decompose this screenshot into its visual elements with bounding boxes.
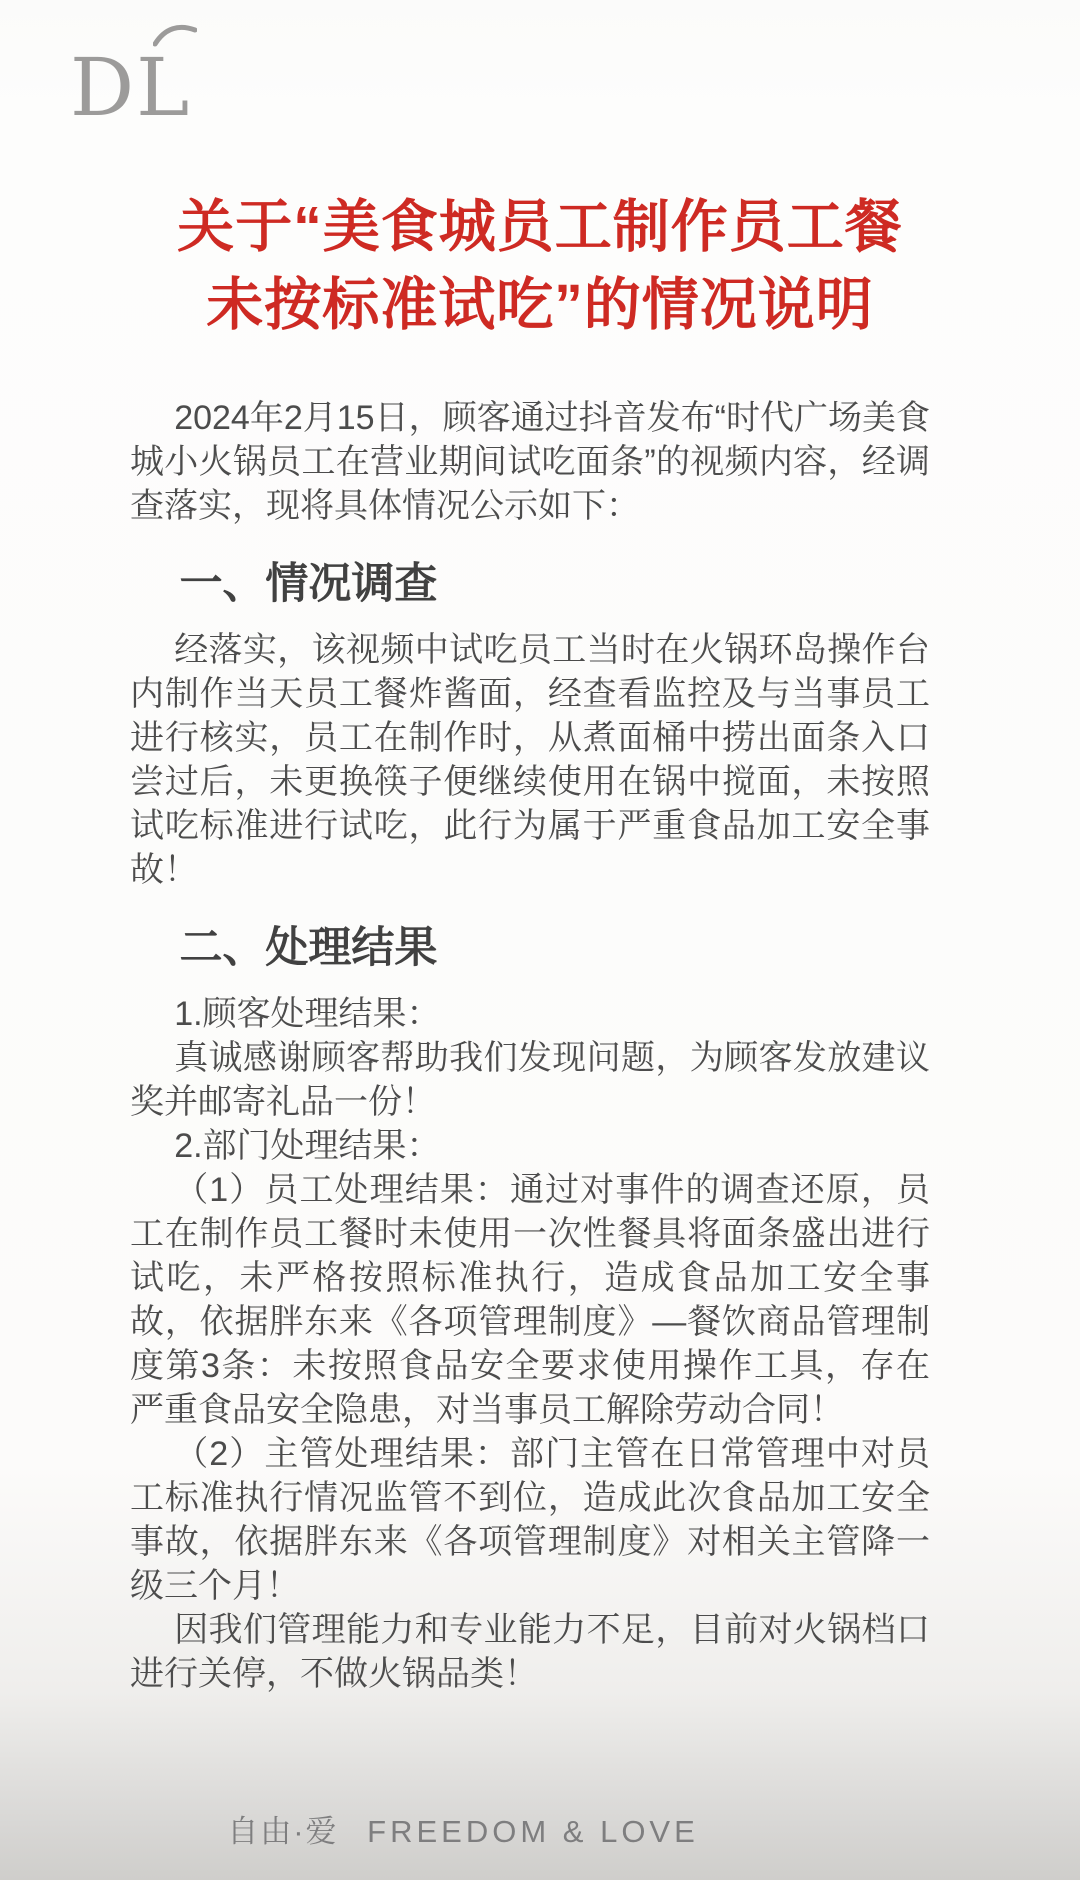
section2-paragraph-department-label: 2.部门处理结果： bbox=[130, 1124, 930, 1168]
section2-paragraph-customer-result: 真诚感谢顾客帮助我们发现问题，为顾客发放建议奖并邮寄礼品一份！ bbox=[130, 1036, 930, 1124]
intro-paragraph: 2024年2月15日，顾客通过抖音发布“时代广场美食城小火锅员工在营业期间试吃面… bbox=[130, 396, 930, 528]
section2-paragraph-closure: 因我们管理能力和专业能力不足，目前对火锅档口进行关停，不做火锅品类！ bbox=[130, 1608, 930, 1696]
section2-paragraph-customer-label: 1.顾客处理结果： bbox=[130, 992, 930, 1036]
section1-paragraph: 经落实，该视频中试吃员工当时在火锅环岛操作台内制作当天员工餐炸酱面，经查看监控及… bbox=[130, 628, 930, 892]
footer-slogan-cn: 自由·爱 bbox=[227, 1814, 338, 1849]
brand-logo-text: DL bbox=[70, 41, 191, 134]
page-title-line2: 未按标准试吃”的情况说明 bbox=[0, 266, 1080, 344]
section2-paragraph-supervisor-result: （2）主管处理结果：部门主管在日常管理中对员工标准执行情况监管不到位，造成此次食… bbox=[130, 1432, 930, 1608]
page-title-line1: 关于“美食城员工制作员工餐 bbox=[0, 188, 1080, 266]
notice-body: 2024年2月15日，顾客通过抖音发布“时代广场美食城小火锅员工在营业期间试吃面… bbox=[130, 396, 930, 1696]
footer-slogan-en: FREEDOM & LOVE bbox=[367, 1814, 699, 1849]
brand-logo: DL bbox=[70, 48, 191, 128]
page-title: 关于“美食城员工制作员工餐 未按标准试吃”的情况说明 bbox=[0, 188, 1080, 344]
logo-swoosh-icon bbox=[153, 22, 197, 48]
section1-heading: 一、情况调查 bbox=[130, 558, 930, 612]
section2-paragraph-employee-result: （1）员工处理结果：通过对事件的调查还原，员工在制作员工餐时未使用一次性餐具将面… bbox=[130, 1168, 930, 1432]
section2-heading: 二、处理结果 bbox=[130, 922, 930, 976]
notice-page: DL 关于“美食城员工制作员工餐 未按标准试吃”的情况说明 2024年2月15日… bbox=[0, 0, 1080, 1880]
footer-slogan: 自由·爱 FREEDOM & LOVE bbox=[0, 1806, 1003, 1851]
